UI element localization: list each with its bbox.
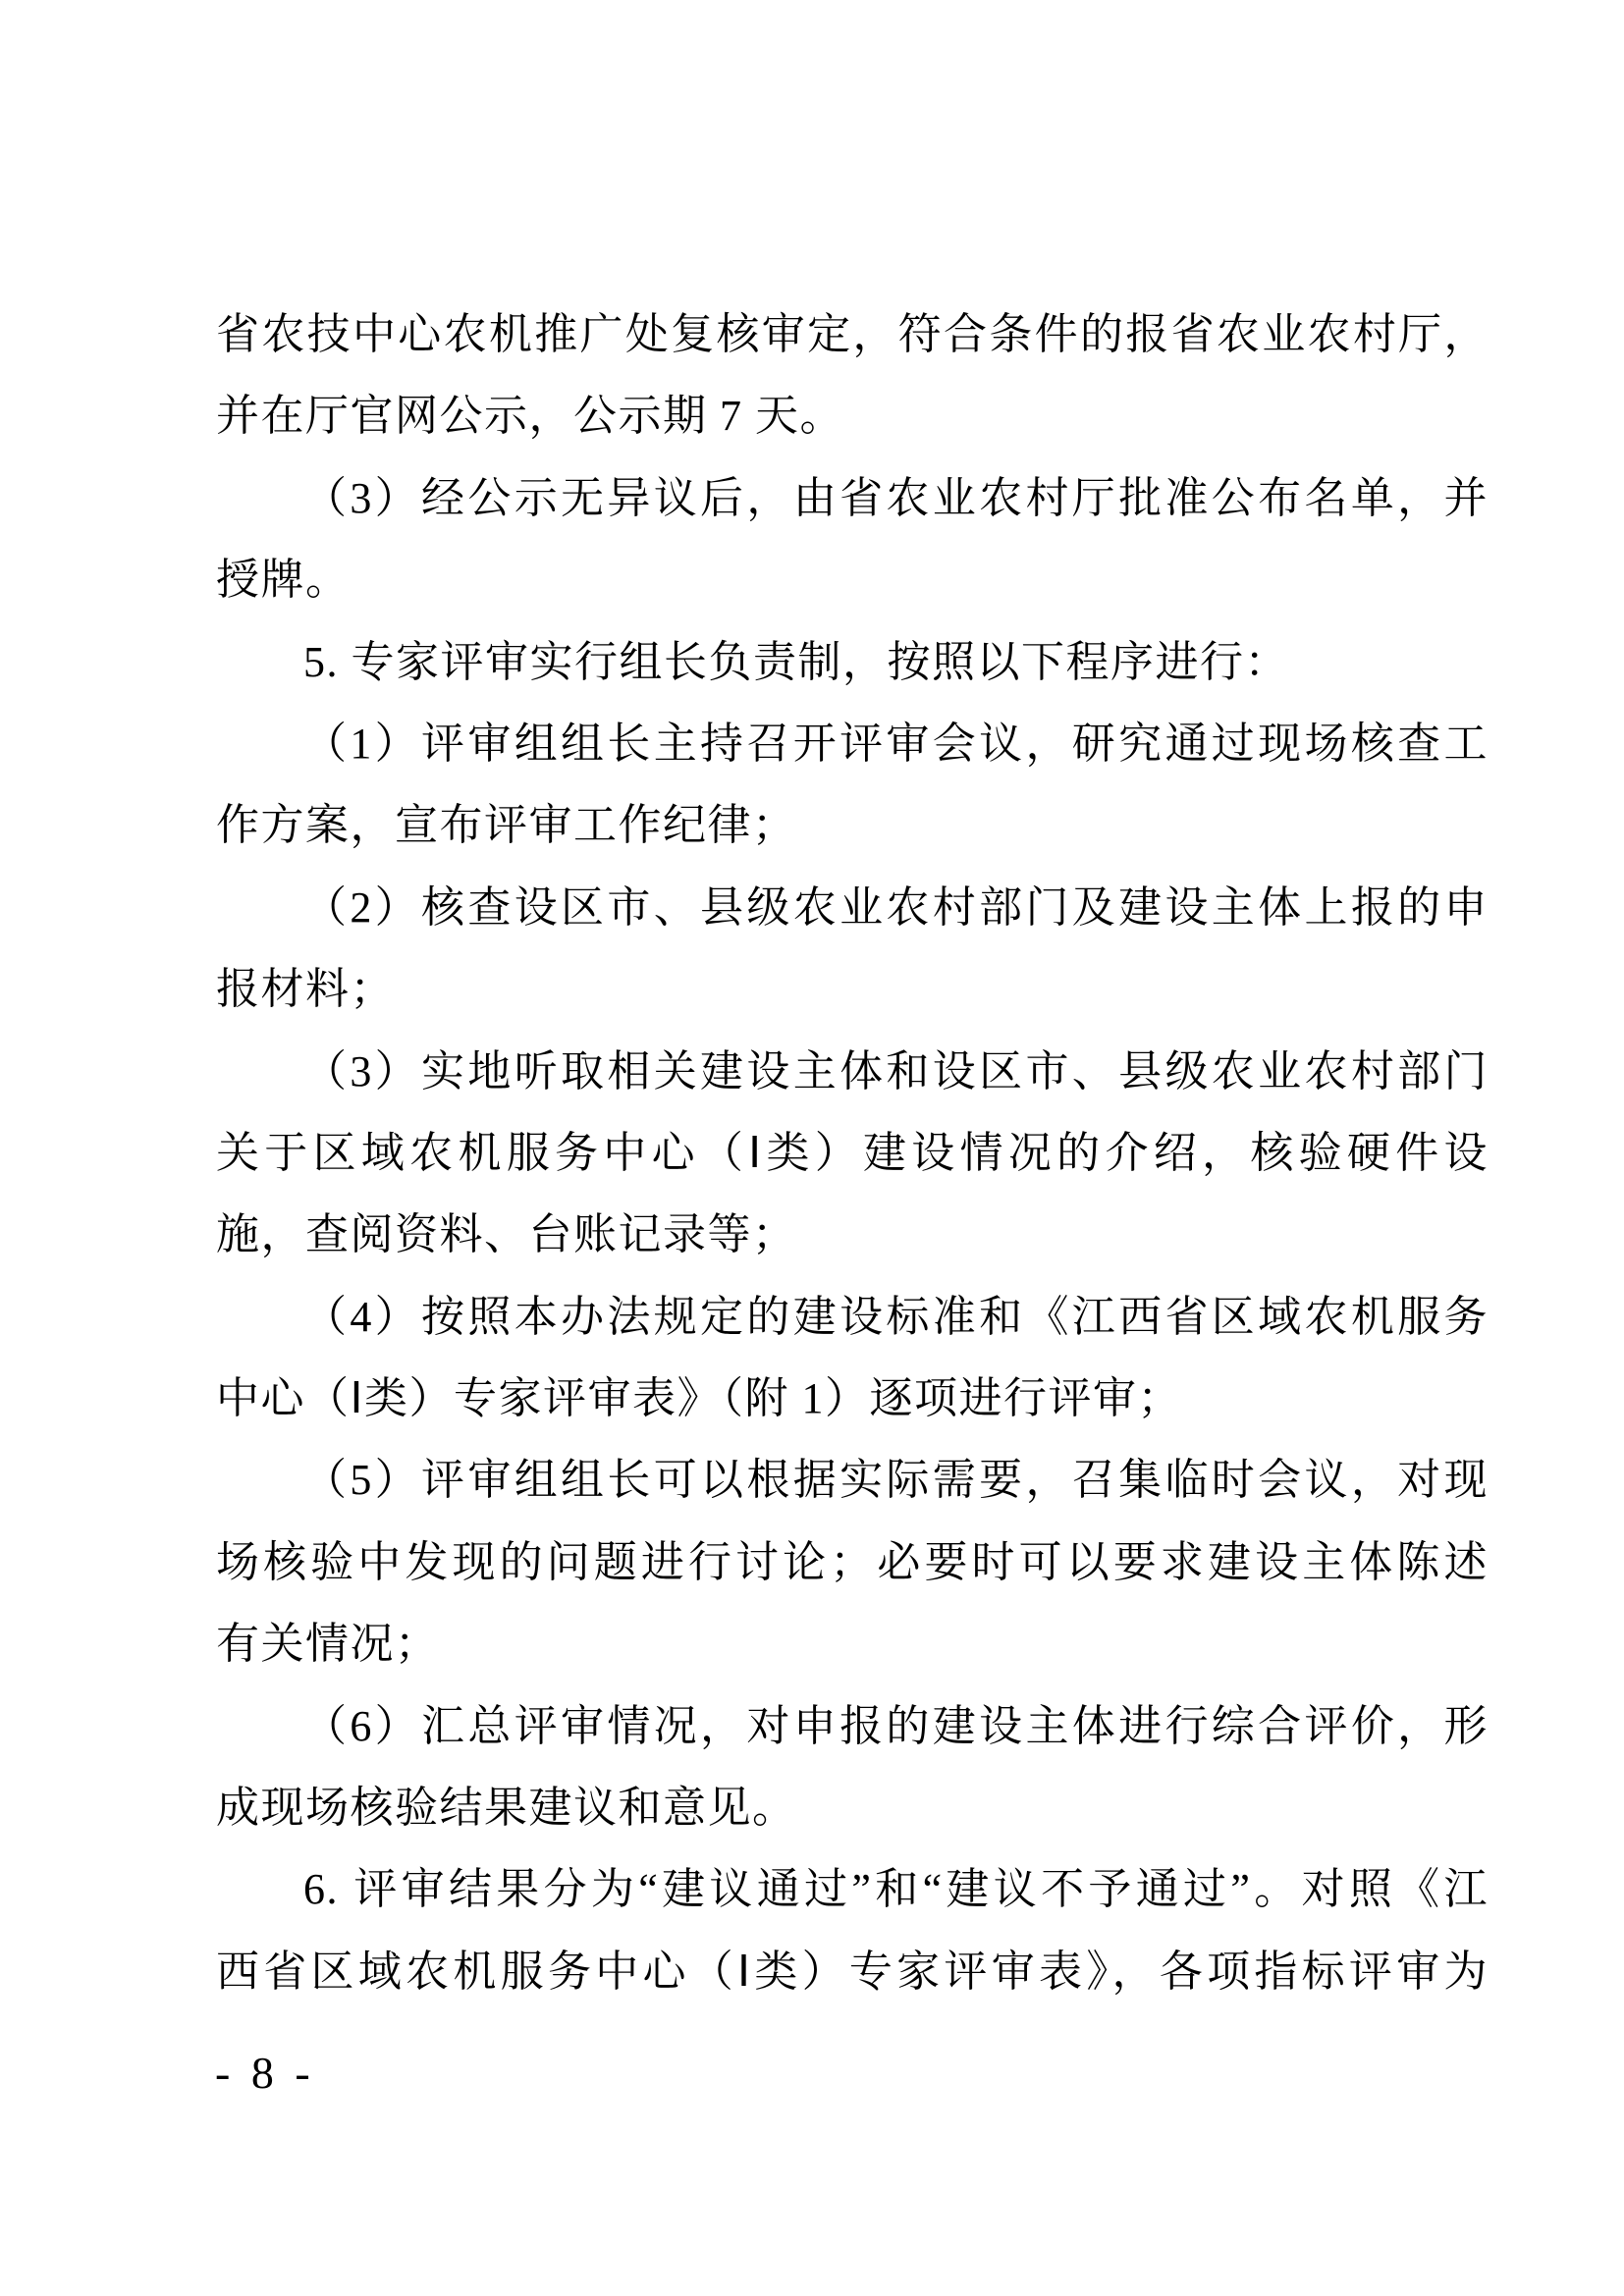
text-line-11: 施，查阅资料、台账记录等；: [216, 1194, 1489, 1275]
text-line-17: （6）汇总评审情况，对申报的建设主体进行综合评价，形: [216, 1685, 1489, 1767]
text-line-0: 省农技中心农机推广处复核审定，符合条件的报省农业农村厅，: [216, 294, 1489, 375]
text-line-1: 并在厅官网公示，公示期 7 天。: [216, 375, 1489, 456]
page-number: - 8 -: [215, 2048, 315, 2099]
text-line-4: 5. 专家评审实行组长负责制，按照以下程序进行：: [216, 621, 1489, 703]
document-page: 省农技中心农机推广处复核审定，符合条件的报省农业农村厅， 并在厅官网公示，公示期…: [0, 0, 1624, 2296]
text-line-18: 成现场核验结果建议和意见。: [216, 1767, 1489, 1848]
text-line-9: （3）实地听取相关建设主体和设区市、县级农业农村部门: [216, 1031, 1489, 1112]
text-line-19: 6. 评审结果分为“建议通过”和“建议不予通过”。对照《江: [216, 1848, 1489, 1930]
text-line-20: 西省区域农机服务中心（Ⅰ类）专家评审表》，各项指标评审为: [216, 1931, 1489, 2012]
text-line-8: 报材料；: [216, 948, 1489, 1030]
text-line-14: （5）评审组组长可以根据实际需要，召集临时会议，对现: [216, 1439, 1489, 1521]
body-text-block: 省农技中心农机推广处复核审定，符合条件的报省农业农村厅， 并在厅官网公示，公示期…: [216, 294, 1489, 2012]
text-line-15: 场核验中发现的问题进行讨论；必要时可以要求建设主体陈述: [216, 1522, 1489, 1603]
text-line-6: 作方案，宣布评审工作纪律；: [216, 784, 1489, 866]
text-line-3: 授牌。: [216, 539, 1489, 620]
text-line-7: （2）核查设区市、县级农业农村部门及建设主体上报的申: [216, 867, 1489, 948]
text-line-5: （1）评审组组长主持召开评审会议，研究通过现场核查工: [216, 703, 1489, 784]
text-line-12: （4）按照本办法规定的建设标准和《江西省区域农机服务: [216, 1276, 1489, 1358]
text-line-2: （3）经公示无异议后，由省农业农村厅批准公布名单，并: [216, 457, 1489, 539]
text-line-10: 关于区域农机服务中心（Ⅰ类）建设情况的介绍，核验硬件设: [216, 1112, 1489, 1194]
text-line-16: 有关情况；: [216, 1603, 1489, 1684]
text-line-13: 中心（Ⅰ类）专家评审表》（附 1）逐项进行评审；: [216, 1358, 1489, 1439]
